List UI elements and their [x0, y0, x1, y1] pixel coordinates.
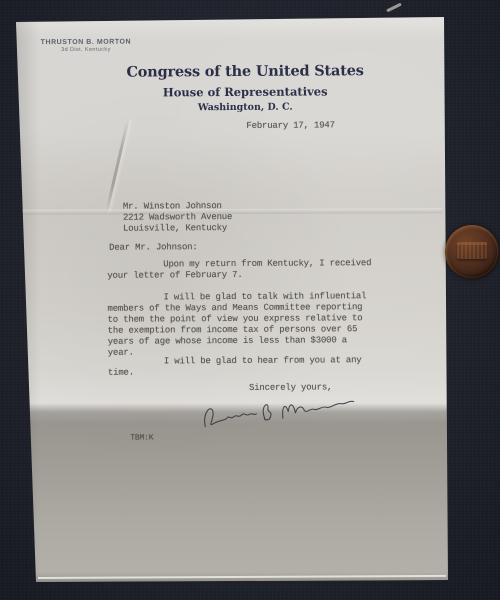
lincoln-memorial-engraving: [457, 242, 487, 259]
paragraph-line: Upon my return from Kentucky, I received: [163, 258, 371, 270]
org-line-house: House of Representatives: [60, 84, 430, 100]
paragraph-line: years of age whose income is less than $…: [108, 335, 367, 348]
sender-district: 3d Dist. Kentucky: [40, 47, 132, 54]
paper-corner-fold: [386, 3, 402, 13]
paragraph-line: your letter of February 7.: [107, 269, 371, 282]
recipient-name: Mr. Winston Johnson: [123, 201, 232, 213]
date-line: February 17, 1947: [246, 120, 334, 132]
letterhead-masthead: Congress of the United States House of R…: [60, 0, 430, 1]
paragraph-line: time.: [108, 366, 362, 379]
recipient-city: Louisville, Kentucky: [123, 223, 232, 235]
org-line-congress: Congress of the United States: [60, 62, 430, 81]
penny-coin: [445, 225, 499, 279]
salutation: Dear Mr. Johnson:: [109, 242, 197, 254]
letter-paper: THRUSTON B. MORTON 3d Dist. Kentucky Con…: [0, 0, 500, 600]
paragraph-1: Upon my return from Kentucky, I received…: [107, 258, 371, 282]
recipient-street: 2212 Wadsworth Avenue: [123, 212, 232, 224]
paragraph-3: I will be glad to hear from you at any t…: [108, 355, 362, 379]
sender-name: THRUSTON B. MORTON: [40, 39, 132, 47]
photo-of-letter: THRUSTON B. MORTON 3d Dist. Kentucky Con…: [0, 0, 500, 600]
signature-autograph: [197, 386, 359, 435]
letter-content: THRUSTON B. MORTON 3d Dist. Kentucky Con…: [0, 0, 500, 600]
sender-block: THRUSTON B. MORTON 3d Dist. Kentucky: [40, 39, 132, 54]
recipient-block: Mr. Winston Johnson 2212 Wadsworth Avenu…: [123, 201, 232, 235]
typist-initials: TBM:K: [130, 432, 153, 443]
org-line-washington: Washington, D. C.: [60, 101, 430, 114]
paragraph-2: I will be glad to talk with influential …: [107, 291, 366, 359]
paragraph-line: I will be glad to hear from you at any: [164, 355, 362, 367]
